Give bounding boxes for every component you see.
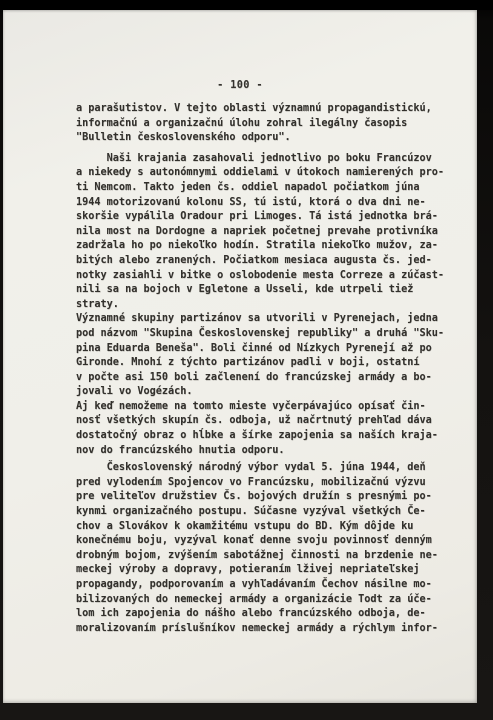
paragraph-krajania: Naši krajania zasahovali jednotlivo po b… [76,152,456,313]
paragraph-partizani-pyreneje: Významné skupiny partizánov sa utvorili … [76,312,456,400]
paragraph-prehlad-odboja: Aj keď nemožeme na tomto mieste vyčerpáv… [76,400,456,458]
document-body: a parašutistov. V tejto oblasti významnú… [76,102,456,636]
paragraph-bulletin: a parašutistov. V tejto oblasti významnú… [76,102,456,146]
paragraph-narodny-vybor: Československý národný výbor vydal 5. jú… [76,461,456,636]
scan-background: - 100 - a parašutistov. V tejto oblasti … [0,0,493,720]
document-page: - 100 - a parašutistov. V tejto oblasti … [3,10,477,703]
page-number: - 100 - [3,79,477,94]
